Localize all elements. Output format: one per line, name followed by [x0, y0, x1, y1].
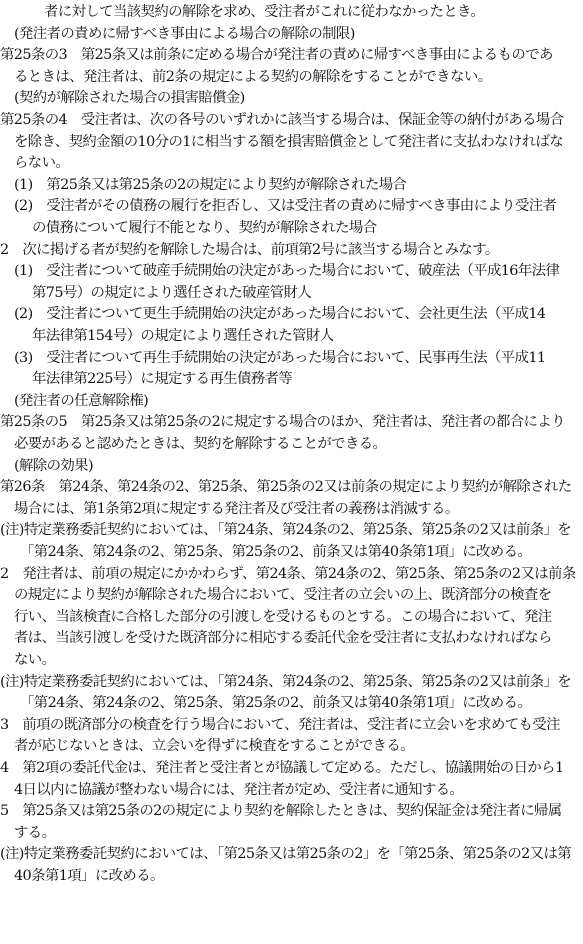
text-line: 者は、当該引渡しを受けた既済部分に相応する委託代金を受注者に支払わなければなら: [0, 628, 583, 650]
text-line: 場合には、第1条第2項に規定する発注者及び受注者の義務は消滅する。: [0, 499, 583, 521]
paragraph-line: 2 発注者は、前項の規定にかかわらず、第24条、第24条の2、第25条、第25条…: [0, 564, 583, 586]
document-page: 者に対して当該契約の解除を求め、受注者がこれに従わなかったとき。 (発注者の責め…: [0, 0, 583, 944]
paragraph-line: 2 次に掲げる者が契約を解除した場合は、前項第2号に該当する場合とみなす。: [0, 240, 583, 262]
list-item: (3) 受注者について再生手続開始の決定があった場合において、民事再生法（平成1…: [0, 348, 583, 370]
text-line: を除き、契約金額の10分の1に相当する額を損害賠償金として発注者に支払わなければ…: [0, 132, 583, 154]
text-line: 4日以内に協議が整わない場合には、発注者が定め、受注者に通知する。: [0, 780, 583, 802]
article-line: 第25条の3 第25条又は前条に定める場合が発注者の責めに帰すべき事由によるもの…: [0, 45, 583, 67]
text-line: 年法律第225号）に規定する再生債務者等: [0, 369, 583, 391]
text-line: の規定により契約が解除された場合において、受注者の立会いの上、既済部分の検査を: [0, 585, 583, 607]
article-line: 第25条の5 第25条又は第25条の2に規定する場合のほか、発注者は、発注者の都…: [0, 412, 583, 434]
text-line: 40条第1項」に改める。: [0, 866, 583, 888]
section-heading: (発注者の任意解除権): [0, 391, 583, 413]
text-line: 「第24条、第24条の2、第25条、第25条の2、前条又は第40条第1項」に改め…: [0, 693, 583, 715]
note-line: (注)特定業務委託契約においては、「第24条、第24条の2、第25条、第25条の…: [0, 520, 583, 542]
list-item: (1) 第25条又は第25条の2の規定により契約が解除された場合: [0, 175, 583, 197]
note-line: (注)特定業務委託契約においては、「第24条、第24条の2、第25条、第25条の…: [0, 672, 583, 694]
section-heading: (発注者の責めに帰すべき事由による場合の解除の制限): [0, 24, 583, 46]
text-line: 「第24条、第24条の2、第25条、第25条の2、前条又は第40条第1項」に改め…: [0, 542, 583, 564]
list-item: (1) 受注者について破産手続開始の決定があった場合において、破産法（平成16年…: [0, 261, 583, 283]
text-line: 者が応じないときは、立会いを得ずに検査をすることができる。: [0, 736, 583, 758]
text-line: する。: [0, 823, 583, 845]
section-heading: (解除の効果): [0, 456, 583, 478]
text-line: 者に対して当該契約の解除を求め、受注者がこれに従わなかったとき。: [0, 2, 583, 24]
text-line: 行い、当該検査に合格した部分の引渡しを受けるものとする。この場合において、発注: [0, 607, 583, 629]
paragraph-line: 3 前項の既済部分の検査を行う場合において、発注者は、受注者に立会いを求めても受…: [0, 715, 583, 737]
article-line: 第26条 第24条、第24条の2、第25条、第25条の2又は前条の規定により契約…: [0, 477, 583, 499]
text-line: 年法律第154号）の規定により選任された管財人: [0, 326, 583, 348]
list-item: (2) 受注者がその債務の履行を拒否し、又は受注者の責めに帰すべき事由により受注…: [0, 196, 583, 218]
section-heading: (契約が解除された場合の損害賠償金): [0, 88, 583, 110]
article-line: 第25条の4 受注者は、次の各号のいずれかに該当する場合は、保証金等の納付がある…: [0, 110, 583, 132]
text-line: の債務について履行不能となり、契約が解除された場合: [0, 218, 583, 240]
paragraph-line: 5 第25条又は第25条の2の規定により契約を解除したときは、契約保証金は発注者…: [0, 801, 583, 823]
text-line: るときは、発注者は、前2条の規定による契約の解除をすることができない。: [0, 67, 583, 89]
note-line: (注)特定業務委託契約においては、「第25条又は第25条の2」を「第25条、第2…: [0, 844, 583, 866]
text-line: 第75号）の規定により選任された破産管財人: [0, 283, 583, 305]
list-item: (2) 受注者について更生手続開始の決定があった場合において、会社更生法（平成1…: [0, 304, 583, 326]
paragraph-line: 4 第2項の委託代金は、発注者と受注者とが協議して定める。ただし、協議開始の日か…: [0, 758, 583, 780]
text-line: ない。: [0, 650, 583, 672]
text-line: 必要があると認めたときは、契約を解除することができる。: [0, 434, 583, 456]
text-line: らない。: [0, 153, 583, 175]
